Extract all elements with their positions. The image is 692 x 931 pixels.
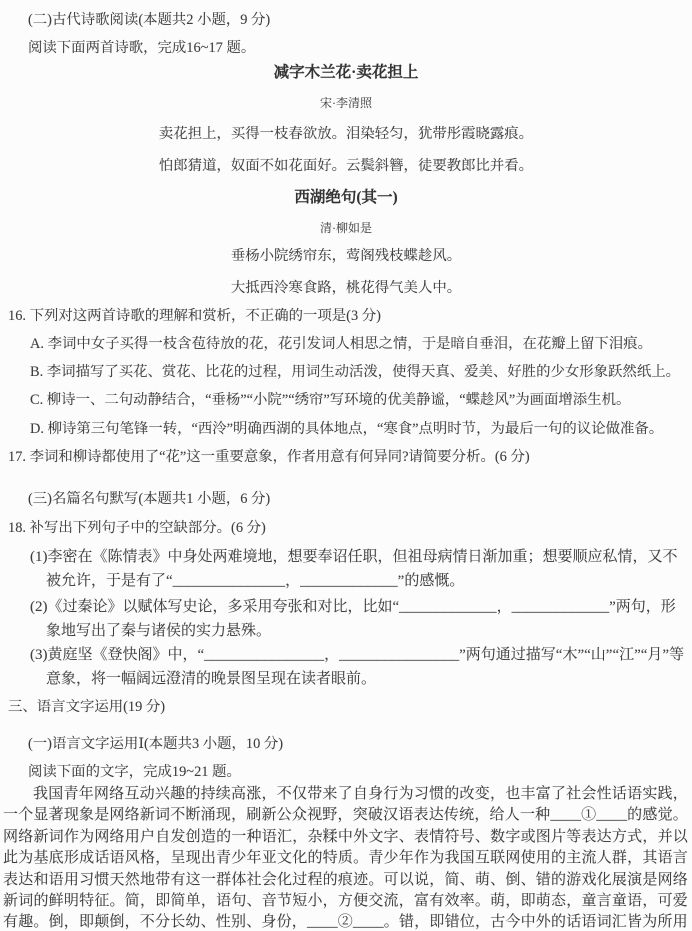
question-16-option-b: B. 李词描写了买花、赏花、比花的过程，用词生动活泼，使得天真、爱美、好胜的少女… xyxy=(0,364,692,381)
poem2-title: 西湖绝句(其一) xyxy=(0,189,692,207)
language-section-heading: 三、语言文字运用(19 分) xyxy=(0,699,692,716)
poem2-line-1: 垂杨小院绣帘东，莺阁残枝蝶趁风。 xyxy=(0,248,692,265)
exam-page: (二)古代诗歌阅读(本题共2 小题，9 分) 阅读下面两首诗歌，完成16~17 … xyxy=(0,0,692,931)
poetry-section-heading: (二)古代诗歌阅读(本题共2 小题，9 分) xyxy=(0,12,692,29)
language-section-intro: 阅读下面的文字，完成19~21 题。 xyxy=(0,764,692,781)
question-16-option-d: D. 柳诗第三句笔锋一转，“西泠”明确西湖的具体地点，“寒食”点明时节，为最后一… xyxy=(0,421,692,438)
question-16-stem: 16. 下列对这两首诗歌的理解和赏析，不正确的一项是(3 分) xyxy=(0,308,692,325)
question-18-item-1: (1)李密在《陈情表》中身处两难境地，想要奉诏任职，但祖母病情日渐加重；想要顺应… xyxy=(46,545,688,593)
poem1-line-1: 卖花担上，买得一枝春欲放。泪染轻匀，犹带彤霞晓露痕。 xyxy=(0,126,692,143)
poem2-author: 清·柳如是 xyxy=(0,221,692,235)
question-18-item-3: (3)黄庭坚《登快阁》中，“________________，_________… xyxy=(46,643,688,691)
poem2-line-2: 大抵西泠寒食路，桃花得气美人中。 xyxy=(0,280,692,297)
poem1-title: 减字木兰花·卖花担上 xyxy=(0,64,692,82)
language-passage: 我国青年网络互动兴趣的持续高涨，不仅带来了自身行为习惯的改变，也丰富了社会性话语… xyxy=(0,784,692,931)
question-18-item-2: (2)《过秦论》以赋体写史论，多采用夸张和对比，比如“_____________… xyxy=(46,595,688,643)
question-16-option-c: C. 柳诗一、二句动静结合，“垂杨”“小院”“绣帘”写环境的优美静谧，“蝶趁风”… xyxy=(0,392,692,409)
question-16-option-a: A. 李词中女子买得一枝含苞待放的花，花引发词人相思之情，于是暗自垂泪，在花瓣上… xyxy=(0,336,692,353)
language-section-subheading: (一)语言文字运用Ⅰ(本题共3 小题，10 分) xyxy=(0,736,692,753)
question-18-stem: 18. 补写出下列句子中的空缺部分。(6 分) xyxy=(0,520,692,537)
question-17: 17. 李词和柳诗都使用了“花”这一重要意象，作者用意有何异同?请简要分析。(6… xyxy=(0,449,692,466)
poem1-author: 宋·李清照 xyxy=(0,96,692,110)
poetry-intro: 阅读下面两首诗歌，完成16~17 题。 xyxy=(0,40,692,57)
poem1-line-2: 怕郎猜道，奴面不如花面好。云鬓斜簪，徒要教郎比并看。 xyxy=(0,158,692,175)
dictation-section-heading: (三)名篇名句默写(本题共1 小题，6 分) xyxy=(0,491,692,508)
